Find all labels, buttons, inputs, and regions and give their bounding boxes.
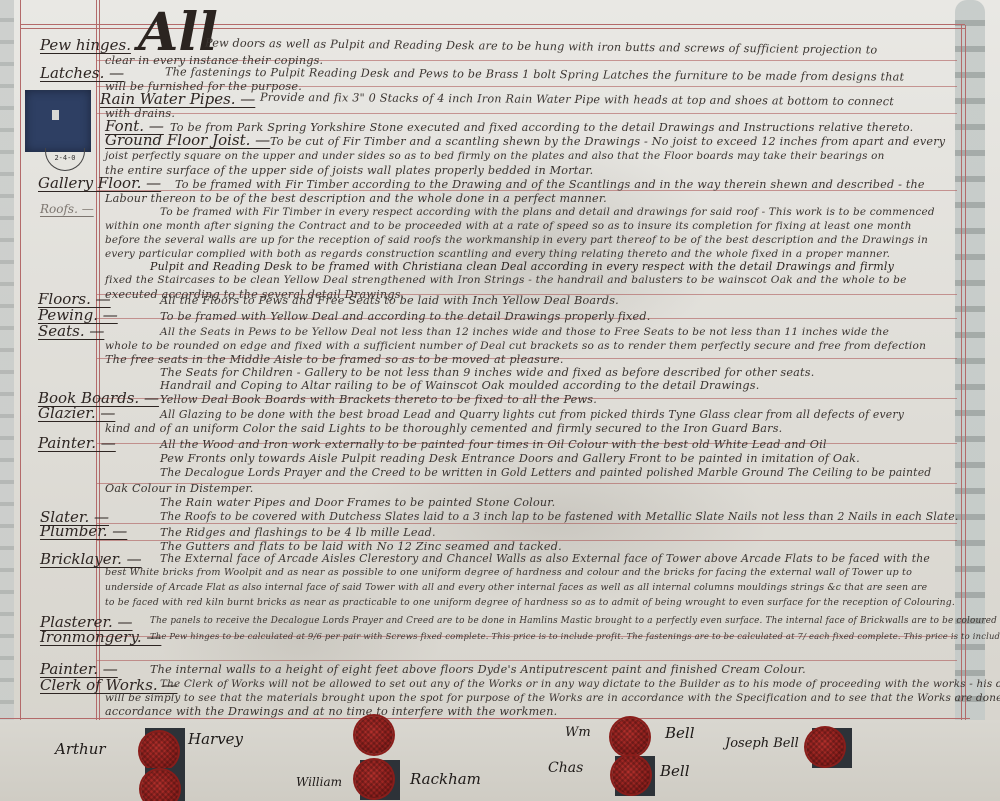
- wax-seal: [141, 770, 179, 801]
- wax-seal: [140, 732, 178, 770]
- signature-last: Bell: [660, 762, 690, 780]
- heading-rain-water-pipes: Rain Water Pipes. —: [100, 90, 255, 108]
- wax-seal: [355, 760, 393, 798]
- heading-painter: Painter. —: [38, 434, 116, 452]
- heading-ground-floor-joist: Ground Floor Joist. —: [105, 131, 270, 149]
- heading-gallery-floor: Gallery Floor. —: [38, 174, 161, 192]
- pulpit-reading-desk: Pulpit and Reading Desk to be framed wit…: [150, 260, 894, 273]
- heading-bricklayer: Bricklayer. —: [40, 550, 142, 568]
- heading-seats: Seats. —: [38, 322, 104, 340]
- heading-roofs: Roofs. —: [40, 202, 94, 216]
- signature-last: Harvey: [188, 730, 243, 748]
- signature-first: Chas: [548, 760, 583, 776]
- signature-first: Arthur: [55, 740, 106, 758]
- heading-plumber: Plumber. —: [40, 522, 127, 540]
- signature-first: Wm: [565, 725, 591, 740]
- signature-strip: Arthur Harvey William Rackham Wm Bell Ch…: [0, 720, 1000, 801]
- heading-glazier: Glazier. —: [38, 404, 115, 422]
- signature-first: William: [296, 775, 342, 789]
- signature-last: Bell: [665, 724, 695, 742]
- wax-seal: [611, 718, 649, 756]
- heading-ironmongery: Ironmongery. —: [40, 628, 161, 646]
- wax-seal: [806, 728, 844, 766]
- wax-seal: [612, 756, 650, 794]
- signature-last: Rackham: [410, 770, 481, 788]
- specification-body: Pew hinges. Pew doors as well as Pulpit …: [0, 0, 1000, 801]
- signature-full: Joseph Bell: [725, 736, 799, 751]
- wax-seal: [355, 716, 393, 754]
- heading-pew-hinges: Pew hinges.: [40, 36, 131, 54]
